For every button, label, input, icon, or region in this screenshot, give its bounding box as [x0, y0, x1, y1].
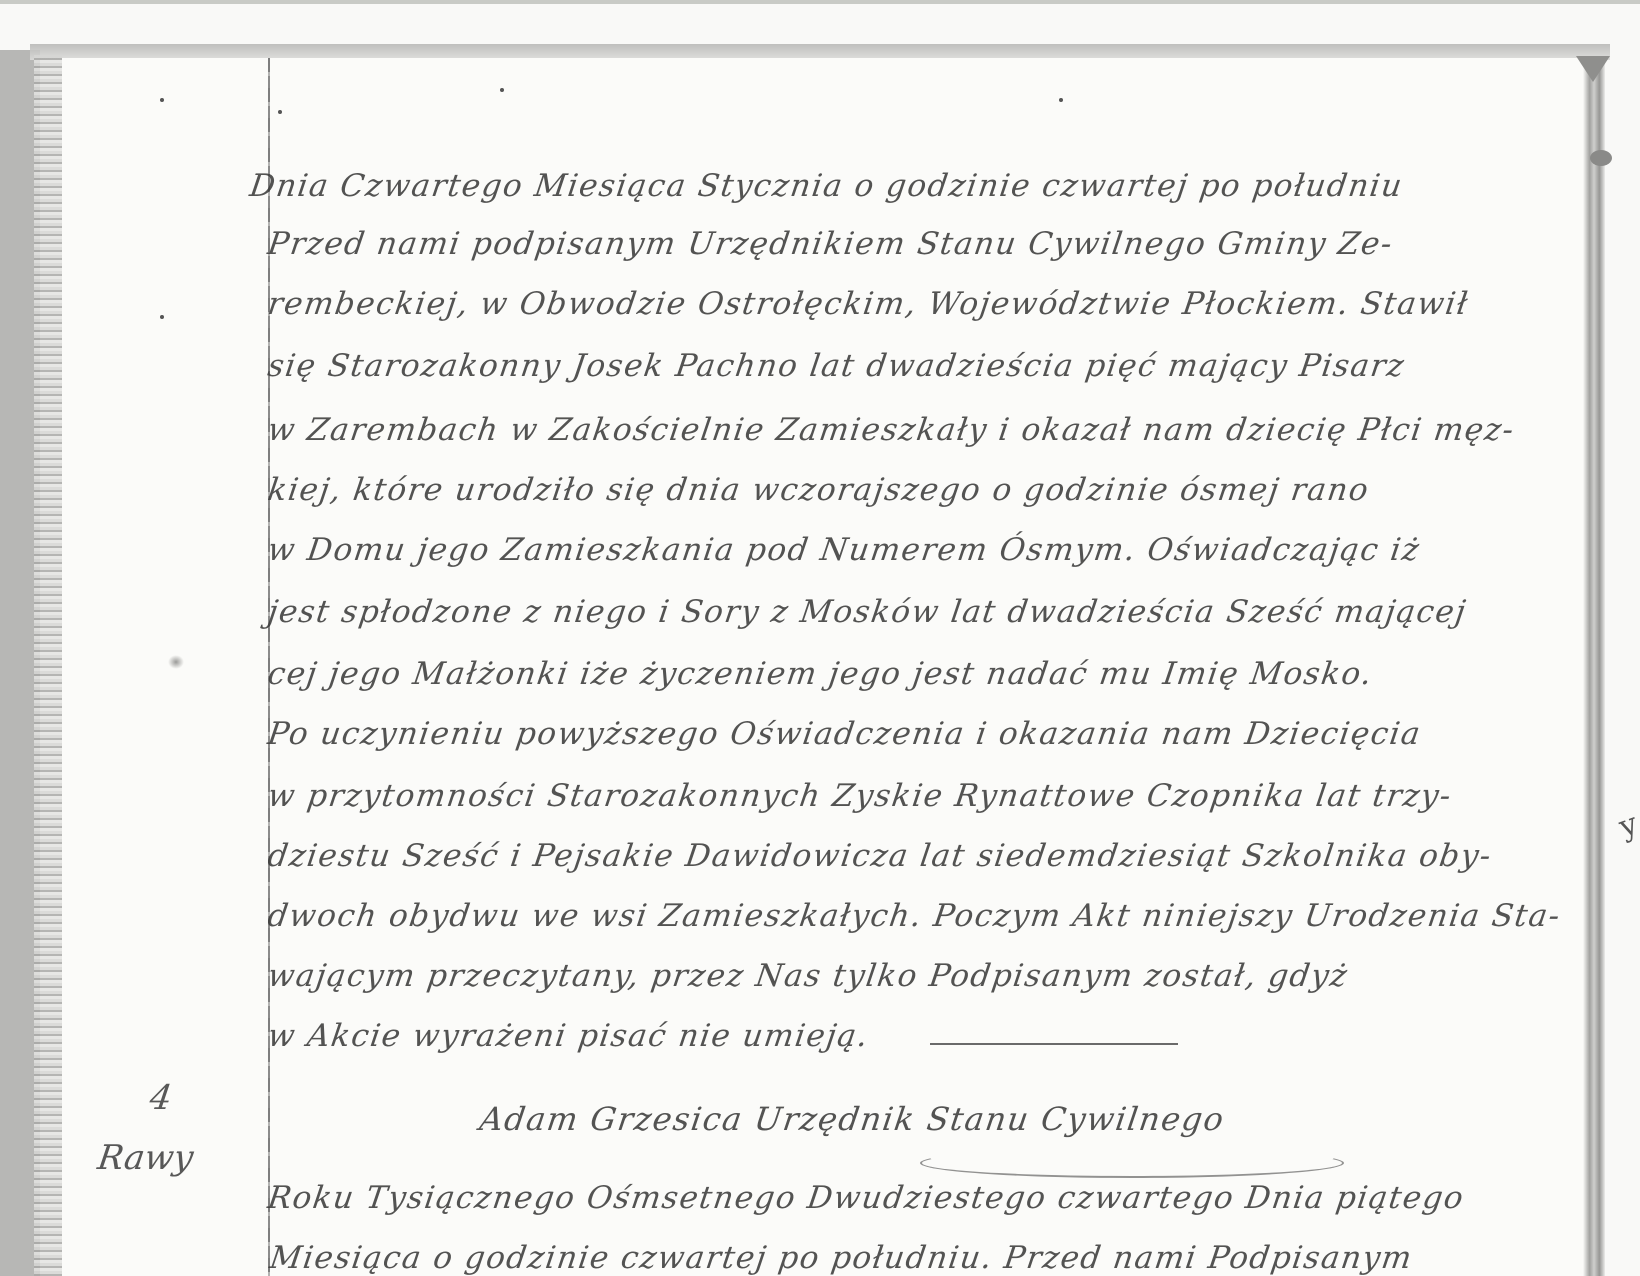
- record-line-4: się Starozakonny Josek Pachno lat dwadzi…: [265, 348, 1407, 384]
- margin-entry-name: Rawy: [95, 1138, 196, 1178]
- closing-rule: [930, 1043, 1178, 1045]
- page-left-edge: [34, 55, 62, 1276]
- ink-drip-mark: [1576, 56, 1610, 82]
- record-line-10: Po uczynieniu powyższego Oświadczenia i …: [265, 716, 1423, 752]
- scanned-document-page: Dnia Czwartego Miesiąca Stycznia o godzi…: [0, 0, 1640, 1276]
- page-right-edge: [1583, 60, 1605, 1276]
- speck: [1059, 98, 1063, 102]
- record-line-15: w Akcie wyrażeni pisać nie umieją.: [265, 1018, 871, 1054]
- scanner-top-edge: [0, 0, 1640, 4]
- record-line-5: w Zarembach w Zakościelnie Zamieszkały i…: [265, 412, 1517, 448]
- speck: [500, 88, 504, 92]
- speck: [160, 98, 164, 102]
- record-line-1: Dnia Czwartego Miesiąca Stycznia o godzi…: [247, 168, 1405, 204]
- signature-flourish: [920, 1148, 1344, 1178]
- record-line-7: w Domu jego Zamieszkania pod Numerem Ósm…: [265, 532, 1422, 568]
- record-line-13: dwoch obydwu we wsi Zamieszkałych. Poczy…: [265, 898, 1563, 934]
- ink-blot: [1590, 150, 1612, 166]
- record-line-11: w przytomności Starozakonnych Zyskie Ryn…: [265, 778, 1454, 814]
- speck: [160, 315, 164, 319]
- record-line-6: kiej, które urodziło się dnia wczorajsze…: [265, 472, 1371, 508]
- record-line-2: Przed nami podpisanym Urzędnikiem Stanu …: [265, 226, 1395, 262]
- record-line-8: jest spłodzone z niego i Sory z Mosków l…: [265, 594, 1469, 630]
- record-line-3: rembeckiej, w Obwodzie Ostrołęckim, Woje…: [265, 286, 1471, 322]
- paper-smudge: [168, 655, 184, 669]
- record-line-14: wającym przeczytany, przez Nas tylko Pod…: [265, 958, 1350, 994]
- next-record-line-2: Miesiąca o godzinie czwartej po południu…: [267, 1240, 1415, 1276]
- registrar-signature: Adam Grzesica Urzędnik Stanu Cywilnego: [477, 1100, 1227, 1138]
- right-margin-mark: y: [1615, 806, 1640, 845]
- record-line-12: dziestu Sześć i Pejsakie Dawidowicza lat…: [265, 838, 1494, 874]
- speck: [278, 110, 282, 114]
- record-line-9: cej jego Małżonki iże życzeniem jego jes…: [265, 656, 1375, 692]
- next-record-line-1: Roku Tysiącznego Ośmsetnego Dwudziestego…: [265, 1180, 1466, 1216]
